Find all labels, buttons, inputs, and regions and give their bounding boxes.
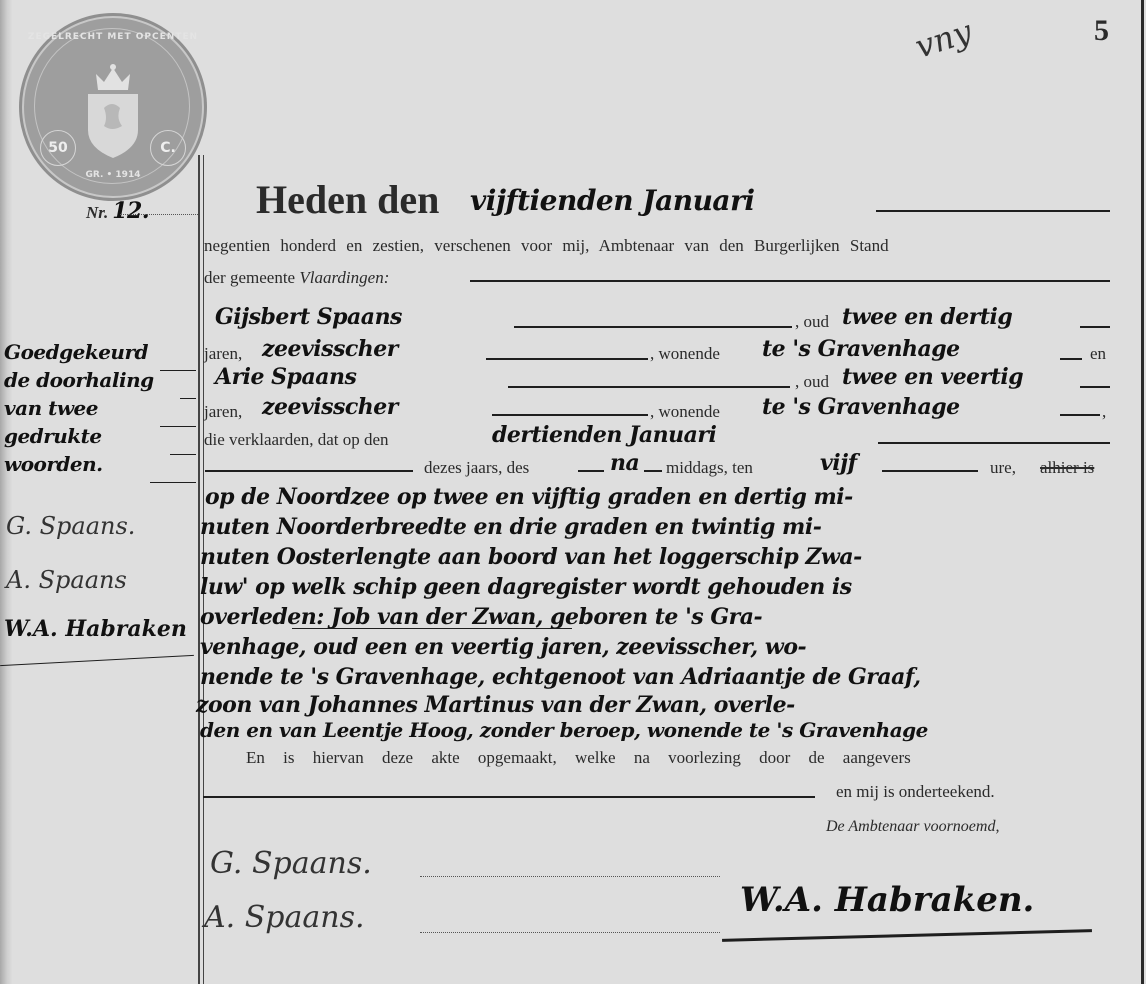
margin-signature: G. Spaans.: [6, 512, 135, 540]
signature-dotline: [420, 876, 720, 877]
informant2-age: twee en veertig: [842, 364, 1023, 390]
tax-stamp-icon: ZEGELRECHT MET OPCENTEN 50 C. GR. • 1914: [22, 16, 204, 198]
declared-prefix: die verklaarden, dat op den: [204, 430, 389, 450]
closing-line-2: en mij is onderteekend.: [836, 782, 995, 802]
civil-record-page: vny 5 ZEGELRECHT MET OPCENTEN 50 C. GR. …: [0, 0, 1146, 984]
record-number-dotline: [120, 214, 198, 215]
heading: Heden den: [256, 176, 439, 223]
signature-dotline: [420, 932, 720, 933]
margin-note-line: Goedgekeurd: [4, 340, 148, 364]
fill-line: [1060, 414, 1100, 416]
margin-fill-line: [150, 482, 196, 483]
stamp-top-text: ZEGELRECHT MET OPCENTEN: [24, 32, 202, 42]
fill-line: [878, 442, 1110, 444]
dezes-label: dezes jaars, des: [424, 458, 529, 478]
fill-line: [486, 358, 648, 360]
crown-shield-icon: [82, 64, 144, 160]
handwritten-line: nende te 's Gravenhage, echtgenoot van A…: [200, 664, 921, 690]
printed-line-2: negentien honderd en zestien, verschenen…: [204, 236, 889, 256]
ure-label: ure,: [990, 458, 1016, 478]
oud-label: , oud: [795, 312, 829, 332]
part-of-day: na: [610, 450, 639, 476]
signature-informant2: A. Spaans.: [204, 900, 365, 935]
oud-label: , oud: [795, 372, 829, 392]
deceased-name-underline: [292, 628, 572, 629]
fill-line: [470, 280, 1110, 282]
fill-line: [1080, 386, 1110, 388]
fill-line: [882, 470, 978, 472]
page-number: 5: [1094, 14, 1109, 48]
margin-fill-line: [160, 426, 196, 427]
municipality: Vlaardingen:: [299, 268, 389, 287]
fill-line: [876, 210, 1110, 212]
page-binding-shadow: [0, 0, 12, 984]
middags-label: middags, ten: [666, 458, 753, 478]
fill-line: [508, 386, 790, 388]
fill-line: [514, 326, 792, 328]
page-right-edge: [1141, 0, 1144, 984]
hour: vijf: [820, 450, 857, 476]
fill-line: [492, 414, 648, 416]
margin-note-line: gedrukte: [4, 424, 102, 448]
struck-text: alhier is: [1040, 458, 1094, 478]
handwritten-line: nuten Noorderbreedte en drie graden en t…: [200, 514, 821, 540]
margin-fill-line: [180, 398, 196, 399]
informant1-residence: te 's Gravenhage: [762, 336, 960, 362]
en-label: en: [1090, 344, 1106, 364]
official-title: De Ambtenaar voornoemd,: [826, 818, 999, 836]
margin-note-line: woorden.: [4, 452, 103, 476]
handwritten-line: venhage, oud een en veertig jaren, zeevi…: [200, 634, 806, 660]
margin-note-line: van twee: [4, 396, 98, 420]
handwritten-line: op de Noordzee op twee en vijftig graden…: [205, 484, 853, 510]
stamp-value-left: 50: [40, 130, 76, 166]
informant1-name: Gijsbert Spaans: [215, 304, 402, 330]
stamp-bottom-text: GR. • 1914: [24, 170, 202, 180]
wonende-label: , wonende: [650, 402, 720, 422]
fill-line: [1060, 358, 1082, 360]
record-number: Nr.12.: [86, 198, 149, 224]
handwritten-line: luw' op welk schip geen dagregister word…: [200, 574, 852, 600]
informant2-residence: te 's Gravenhage: [762, 394, 960, 420]
fill-line: [1080, 326, 1110, 328]
printed-line-3: der gemeente Vlaardingen:: [204, 268, 389, 288]
handwritten-line-deceased: overleden: Job van der Zwan, geboren te …: [200, 604, 762, 630]
margin-signature: A. Spaans: [6, 566, 127, 594]
margin-signature-flourish: [0, 655, 194, 666]
informant2-name: Arie Spaans: [215, 364, 356, 390]
corner-initials: vny: [911, 12, 977, 66]
margin-fill-line: [170, 454, 196, 455]
fill-line: [205, 470, 413, 472]
handwritten-line: zoon van Johannes Martinus van der Zwan,…: [196, 692, 795, 718]
stamp-value-right: C.: [150, 130, 186, 166]
comma: ,: [1102, 402, 1106, 422]
handwritten-line: den en van Leentje Hoog, zonder beroep, …: [200, 718, 928, 742]
record-number-value: 12.: [112, 198, 149, 224]
informant1-occupation: zeevisscher: [262, 336, 398, 362]
informant1-age: twee en dertig: [842, 304, 1012, 330]
fill-line: [203, 796, 815, 798]
jaren-label: jaren,: [204, 344, 242, 364]
informant2-occupation: zeevisscher: [262, 394, 398, 420]
margin-fill-line: [160, 370, 196, 371]
margin-signature-official: W.A. Habraken: [4, 616, 187, 642]
wonende-label: , wonende: [650, 344, 720, 364]
handwritten-line: nuten Oosterlengte aan boord van het log…: [200, 544, 862, 570]
signature-official: W.A. Habraken.: [740, 880, 1034, 920]
fill-line: [578, 470, 604, 472]
handwritten-date: vijftienden Januari: [470, 184, 754, 217]
signature-flourish: [722, 929, 1092, 942]
record-number-label: Nr.: [86, 203, 108, 222]
jaren-label: jaren,: [204, 402, 242, 422]
margin-note-line: de doorhaling: [4, 368, 154, 392]
declared-date: dertienden Januari: [492, 422, 716, 448]
printed-gemeente-label: der gemeente: [204, 268, 295, 287]
closing-line-1: En is hiervan deze akte opgemaakt, welke…: [246, 748, 911, 768]
fill-line: [644, 470, 662, 472]
signature-informant1: G. Spaans.: [210, 846, 372, 881]
